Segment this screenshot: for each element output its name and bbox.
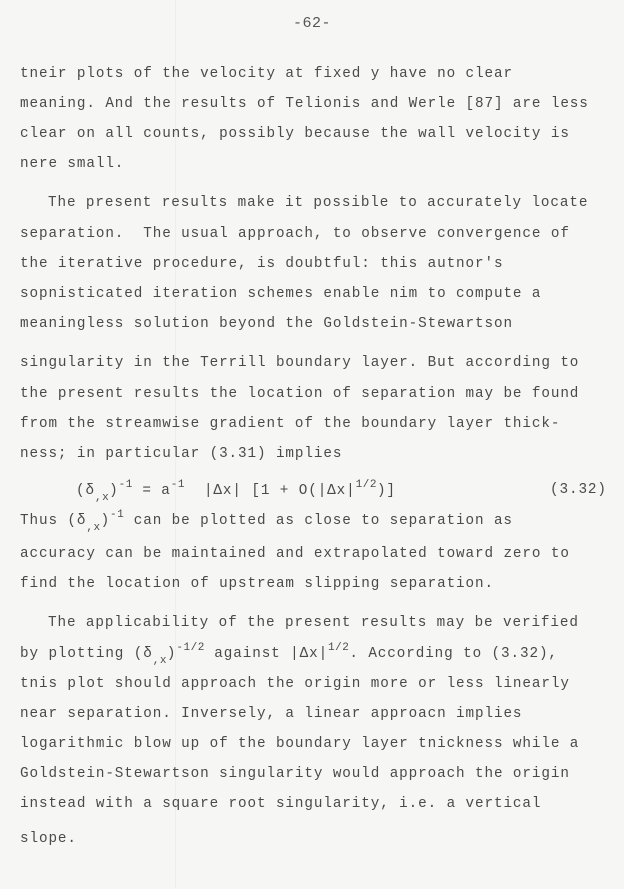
text-line: sopnisticated iteration schemes enable n… [20, 285, 541, 303]
thus-close: ) [101, 513, 110, 529]
text-line: meaningless solution beyond the Goldstei… [20, 315, 513, 333]
text-line: the iterative procedure, is doubtful: th… [20, 255, 503, 273]
plot-post: . According to (3.32), [349, 646, 558, 662]
equation-3-32: (δ,x)-1 = a-1 |Δx| [1 + O(|Δx|1/2)] [76, 482, 396, 501]
text-line: tneir plots of the velocity at fixed y h… [20, 65, 513, 83]
text-line: ness; in particular (3.31) implies [20, 445, 342, 463]
text-line: separation. The usual approach, to obser… [20, 225, 570, 243]
text-line: instead with a square root singularity, … [20, 795, 541, 813]
text-line: Goldstein-Stewartson singularity would a… [20, 765, 570, 783]
eq-a-sup: -1 [171, 479, 185, 491]
plot-line: by plotting (δ,x)-1/2 against |Δx|1/2. A… [20, 645, 558, 664]
text-line: from the streamwise gradient of the boun… [20, 415, 560, 433]
text-line: slope. [20, 830, 77, 848]
eq-lhs-sub: ,x [95, 492, 109, 504]
eq-lhs-sup: -1 [119, 479, 133, 491]
eq-end: )] [377, 483, 396, 499]
text-line: clear on all counts, possibly because th… [20, 125, 570, 143]
thus-sub: ,x [86, 522, 100, 534]
eq-lhs-close: ) [109, 483, 118, 499]
eq-lhs-open: (δ [76, 483, 95, 499]
plot-sup: -1/2 [176, 642, 204, 654]
plot-close: ) [167, 646, 176, 662]
text-line: singularity in the Terrill boundary laye… [20, 354, 579, 372]
page-number: -62- [0, 15, 624, 32]
plot-mid: against |Δx| [205, 646, 328, 662]
text-line: tnis plot should approach the origin mor… [20, 675, 570, 693]
eq-half-sup: 1/2 [356, 479, 377, 491]
plot-sup2: 1/2 [328, 642, 349, 654]
equation-number: (3.32) [550, 482, 607, 498]
text-line: accuracy can be maintained and extrapola… [20, 545, 570, 563]
eq-equals: = a [133, 483, 171, 499]
thus-pre: Thus (δ [20, 513, 86, 529]
plot-sub: ,x [153, 655, 167, 667]
thus-line: Thus (δ,x)-1 can be plotted as close to … [20, 512, 513, 531]
paragraph-start: The present results make it possible to … [48, 194, 588, 212]
text-line: near separation. Inversely, a linear app… [20, 705, 522, 723]
thus-sup: -1 [110, 509, 124, 521]
thus-post: can be plotted as close to separation as [124, 513, 513, 529]
text-line: logarithmic blow up of the boundary laye… [20, 735, 579, 753]
text-line: nere small. [20, 155, 124, 173]
text-line: meaning. And the results of Telionis and… [20, 95, 589, 113]
paragraph-start: The applicability of the present results… [48, 614, 579, 632]
text-line: find the location of upstream slipping s… [20, 575, 494, 593]
text-line: the present results the location of sepa… [20, 385, 579, 403]
eq-mid: |Δx| [1 + O(|Δx| [185, 483, 356, 499]
plot-pre: by plotting (δ [20, 646, 153, 662]
